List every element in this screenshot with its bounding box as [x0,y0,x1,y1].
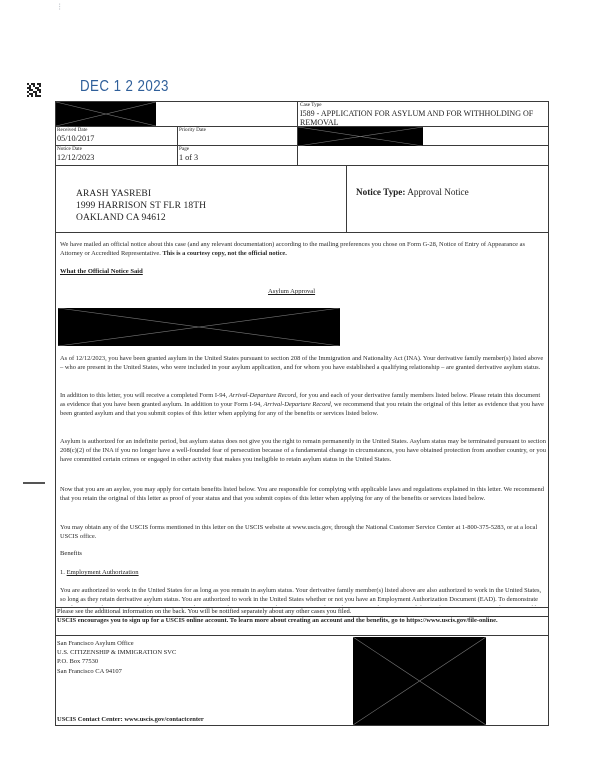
redacted-block [58,308,340,346]
redacted-block [298,127,423,146]
paragraph-employment: You are authorized to work in the United… [60,586,547,606]
section-heading: What the Official Notice Said [60,268,143,275]
page-label: Page [179,146,189,152]
notice-type: Notice Type: Approval Notice [356,187,469,197]
p6-text: You are authorized to work in the United… [60,587,541,606]
received-date-label: Received Date [57,127,87,133]
received-date-value: 05/10/2017 [57,134,94,143]
case-type-value: I589 - APPLICATION FOR ASYLUM AND FOR WI… [300,109,540,127]
header-row-divider [55,165,548,166]
intro-text: We have mailed an official notice about … [60,241,525,257]
office-address: San Francisco Asylum Office U.S. CITIZEN… [57,639,176,676]
notice-type-value: Approval Notice [407,187,469,197]
recipient-name: ARASH YASREBI [76,188,151,200]
redacted-block [353,637,486,725]
contact-center: USCIS Contact Center: www.uscis.gov/cont… [57,716,204,725]
footer-border [55,635,548,636]
paragraph-uscis-forms: You may obtain any of the USCIS forms me… [60,523,547,541]
additional-info-note: Please see the additional information on… [57,608,547,617]
paragraph-indefinite-period: Asylum is authorized for an indefinite p… [60,437,547,464]
recipient-street: 1999 HARRISON ST FLR 18TH [76,200,206,212]
footer-border [548,607,549,726]
paragraph-granted: As of 12/12/2023, you have been granted … [60,354,547,372]
header-table-border [548,101,549,165]
office-line: San Francisco Asylum Office [57,639,176,648]
footer-border [55,607,56,726]
notice-type-label: Notice Type: [356,187,405,197]
notice-title: Asylum Approval [268,288,315,295]
courtesy-copy-note: This is a courtesy copy, not the officia… [162,250,286,257]
barcode-icon [27,83,41,97]
notice-date-value: 12/12/2023 [57,153,94,162]
page-value: 1 of 3 [179,153,198,162]
priority-date-label: Priority Date [179,127,206,133]
benefits-heading: Benefits [60,550,82,557]
paragraph-asylee-benefits: Now that you are an asylee, you may appl… [60,485,547,503]
p2-italic: Arrival-Departure Record, [263,401,332,408]
online-account-note: USCIS encourages you to sign up for a US… [57,617,517,626]
header-col-divider [177,126,178,165]
recipient-city: OAKLAND CA 94612 [76,212,166,224]
address-col-divider [346,165,347,232]
office-line: San Francisco CA 94107 [57,667,176,676]
intro-paragraph: We have mailed an official notice about … [60,240,547,258]
office-line: U.S. CITIZENSHIP & IMMIGRATION SVC [57,648,176,657]
body-frame-border [548,165,549,607]
benefit-number: 1. [60,569,65,576]
benefit-title: Employment Authorization [67,569,139,576]
received-date-stamp: DEC 1 2 2023 [80,78,169,96]
benefit-1-heading: 1. Employment Authorization [60,569,139,576]
notice-date-label: Notice Date [57,146,82,152]
footer-border [55,725,548,726]
p2-text: In addition to this letter, you will rec… [60,392,229,399]
margin-mark [23,482,45,484]
address-row-divider [55,232,548,233]
case-type-label: Case Type [300,102,322,108]
office-line: P.O. Box 77530 [57,657,176,666]
scan-artifact: ⁝ [58,3,62,21]
p2-italic: Arrival-Departure Record, [229,392,298,399]
redacted-block [56,102,156,126]
paragraph-i94: In addition to this letter, you will rec… [60,391,547,418]
